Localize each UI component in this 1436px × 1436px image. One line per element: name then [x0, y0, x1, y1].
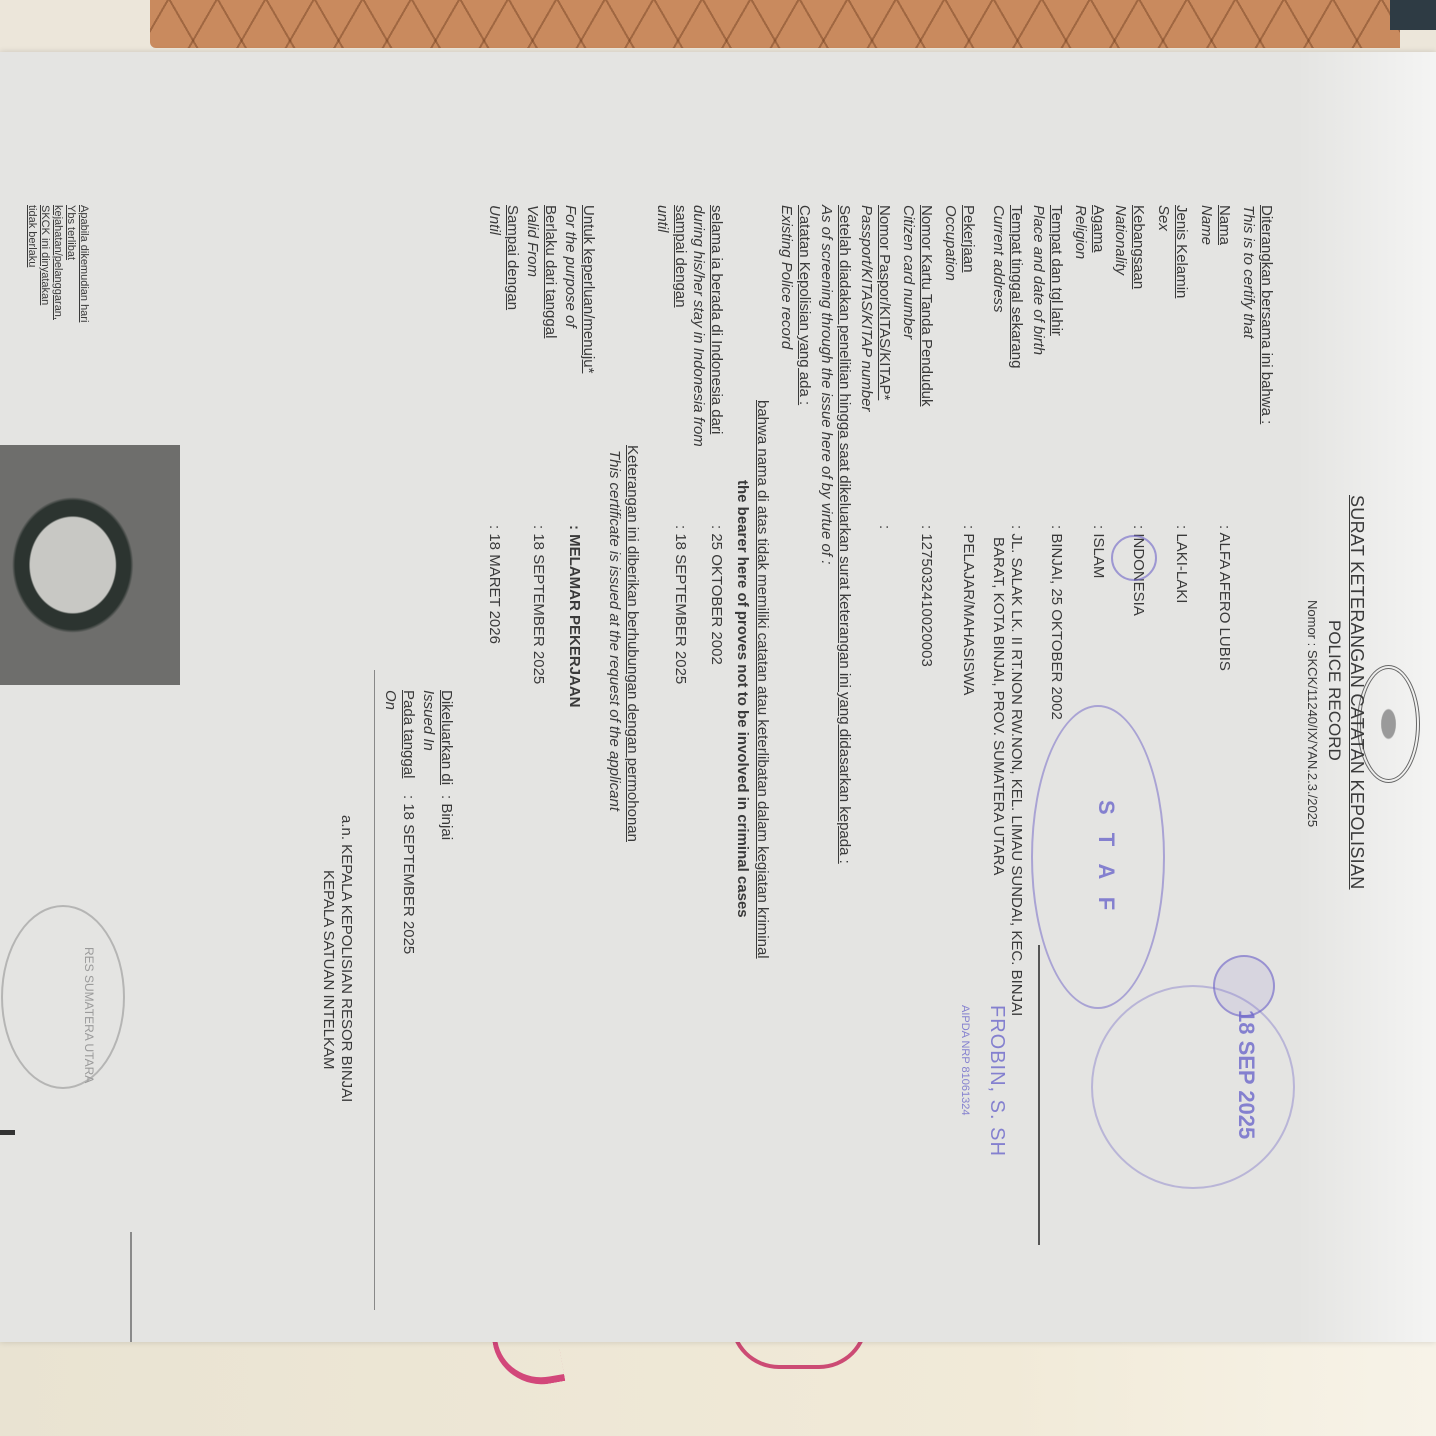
- issued-in-label: Dikeluarkan di: [438, 690, 455, 785]
- label-passport-en: Passport/KITAS/KITAP number: [858, 205, 875, 411]
- document-subtitle: POLICE RECORD: [1326, 620, 1343, 761]
- value-passport: :: [876, 525, 893, 529]
- request-id: Keterangan ini diberikan berhubungan den…: [624, 445, 641, 842]
- stay-from-date: 25 OKTOBER 2002: [708, 533, 725, 664]
- officer-name: FROBIN, S. SH: [988, 1005, 1005, 1157]
- issued-on-date: 18 SEPTEMBER 2025: [400, 803, 417, 954]
- purpose-label-en: For the purpose of: [562, 205, 579, 328]
- record-id: Catatan Kepolisian yang ada :: [796, 205, 813, 405]
- purpose-label: Untuk keperluan/menuju*: [580, 205, 597, 373]
- label-birth-en: Place and date of birth: [1030, 205, 1047, 355]
- birth-value: BINJAI, 25 OKTOBER 2002: [1048, 533, 1065, 719]
- label-id-card-en: Citizen card number: [900, 205, 917, 339]
- stay-until-date: 18 SEPTEMBER 2025: [672, 533, 689, 684]
- screening-en: As of screening through the issue here o…: [818, 205, 835, 564]
- value-id-card: : 1275032410020003: [918, 525, 935, 667]
- footnote-line: kejahatan/pelanggaran,: [51, 205, 64, 322]
- intro-id: Diterangkan bersama ini bahwa :: [1258, 205, 1275, 424]
- issued-on-label-en: On: [382, 690, 399, 710]
- stay-until-value: : 18 SEPTEMBER 2025: [672, 525, 689, 684]
- valid-from-label-en: Valid From: [524, 205, 541, 277]
- footnote-line: SKCK ini dinyatakan: [38, 205, 51, 322]
- record-en: Existing Police record: [778, 205, 795, 349]
- value-name: : ALFA AFERO LUBIS: [1216, 525, 1233, 671]
- signature-mark: [0, 1130, 15, 1135]
- signatory-line2: KEPALA SATUAN INTELKAM: [320, 870, 337, 1070]
- seal-text: RES SUMATERA UTARA: [80, 947, 97, 1083]
- official-seal: [1, 905, 125, 1089]
- signature-circle: [1213, 955, 1275, 1017]
- label-passport: Nomor Paspor/KITAS/KITAP*: [876, 205, 893, 400]
- footnote-line: Apabila dikemudian hari: [77, 205, 90, 322]
- purpose-value: : MELAMAR PEKERJAAN: [566, 525, 583, 708]
- document-title: SURAT KETERANGAN CATATAN KEPOLISIAN: [1348, 495, 1365, 890]
- value-address: : JL. SALAK LK. II RT.NON RW.NON, KEL. L…: [1008, 525, 1025, 1016]
- label-occupation: Pekerjaan: [960, 205, 977, 273]
- value-religion: : ISLAM: [1090, 525, 1107, 578]
- staf-stamp-text: S T A F: [1098, 800, 1115, 916]
- signature-line: [1038, 945, 1040, 1245]
- label-nationality-en: Nationality: [1112, 205, 1129, 275]
- stay-from-label-en: during his/her stay in Indonesia from: [690, 205, 707, 447]
- stay-from-label: selama ia berada di Indonesia dari: [708, 205, 725, 434]
- name-value: ALFA AFERO LUBIS: [1216, 533, 1233, 671]
- officer-nrp: AIPDA NRP 81061324: [956, 1005, 973, 1115]
- valid-until-label-en: Until: [486, 205, 503, 235]
- issued-on-label: Pada tanggal: [400, 690, 417, 778]
- id-card-value: 1275032410020003: [918, 533, 935, 666]
- valid-until-label: Sampai dengan: [504, 205, 521, 310]
- valid-until-value: : 18 MARET 2026: [486, 525, 503, 644]
- applicant-photo: [0, 445, 180, 685]
- occupation-value: PELAJAR/MAHASISWA: [960, 533, 977, 695]
- footnote: Apabila dikemudian hari Ybs terlibat kej…: [25, 205, 90, 322]
- purpose-text: MELAMAR PEKERJAAN: [566, 534, 583, 707]
- label-name-en: Name: [1198, 205, 1215, 245]
- document-number: Nomor : SKCK/11240/IX/YAN.2.3./2025: [1304, 600, 1321, 827]
- date-stamp-text: 18 SEP 2025: [1238, 1010, 1255, 1139]
- police-record-document: SURAT KETERANGAN CATATAN KEPOLISIAN POLI…: [0, 205, 1365, 1365]
- footnote-line: tidak berlaku: [25, 205, 38, 322]
- religion-value: ISLAM: [1090, 533, 1107, 578]
- divider: [374, 670, 375, 1310]
- nationality-circle: [1111, 535, 1157, 581]
- request-en: This certificate is issued at the reques…: [606, 450, 623, 811]
- woven-mat: [150, 0, 1400, 48]
- screening-id: Setelah diadakan penelitian hingga saat …: [836, 205, 853, 864]
- footnote-line: Ybs terlibat: [64, 205, 77, 322]
- statement-id: bahwa nama di atas tidak memiliki catata…: [754, 400, 771, 959]
- intro-en: This is to certify that: [1240, 205, 1257, 338]
- label-sex: Jenis Kelamin: [1173, 205, 1190, 298]
- value-occupation: : PELAJAR/MAHASISWA: [960, 525, 977, 695]
- value-address-line2: BARAT, KOTA BINJAI, PROV. SUMATERA UTARA: [990, 537, 1007, 875]
- label-religion-en: Religion: [1072, 205, 1089, 259]
- valid-from-date: 18 SEPTEMBER 2025: [530, 533, 547, 684]
- valid-until-date: 18 MARET 2026: [486, 533, 503, 644]
- date-stamp: [1091, 985, 1295, 1189]
- label-sex-en: Sex: [1155, 205, 1172, 231]
- value-birth: : BINJAI, 25 OKTOBER 2002: [1048, 525, 1065, 720]
- valid-from-value: : 18 SEPTEMBER 2025: [530, 525, 547, 684]
- background-corner: [1390, 0, 1436, 30]
- label-name: Nama: [1216, 205, 1233, 245]
- label-nationality: Kebangsaan: [1130, 205, 1147, 289]
- stay-from-value: : 25 OKTOBER 2002: [708, 525, 725, 665]
- stay-until-label-en: until: [654, 205, 671, 233]
- statement-en: the bearer here of proves not to be invo…: [734, 480, 751, 918]
- issued-in-label-en: Issued In: [420, 690, 437, 751]
- sex-value: LAKI-LAKI: [1173, 533, 1190, 603]
- label-address: Tempat tinggal sekarang: [1008, 205, 1025, 368]
- label-address-en: Current address: [990, 205, 1007, 313]
- value-sex: : LAKI-LAKI: [1173, 525, 1190, 603]
- signatory-line1: a.n. KEPALA KEPOLISIAN RESOR BINJAI: [338, 815, 355, 1102]
- issued-on-value: : 18 SEPTEMBER 2025: [400, 795, 417, 954]
- stay-until-label: sampai dengan: [672, 205, 689, 308]
- issued-in-place: Binjai: [438, 803, 455, 840]
- issued-in-value: : Binjai: [438, 795, 455, 840]
- label-id-card: Nomor Kartu Tanda Penduduk: [918, 205, 935, 407]
- label-occupation-en: Occupation: [942, 205, 959, 281]
- label-religion: Agama: [1090, 205, 1107, 253]
- valid-from-label: Berlaku dari tanggal: [542, 205, 559, 338]
- address-value: JL. SALAK LK. II RT.NON RW.NON, KEL. LIM…: [1008, 533, 1025, 1016]
- label-birth: Tempat dan tgl lahir: [1048, 205, 1065, 336]
